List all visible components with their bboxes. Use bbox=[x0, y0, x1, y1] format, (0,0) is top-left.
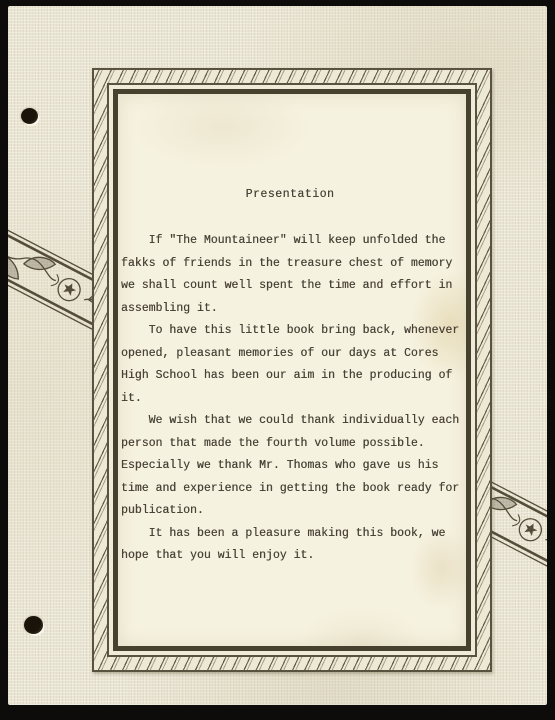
hole-punch-top bbox=[21, 108, 38, 124]
typed-line: hope that you will enjoy it. bbox=[121, 545, 459, 568]
scanned-photo-backdrop: Presentation If "The Mountaineer" will k… bbox=[0, 0, 555, 720]
typed-line: publication. bbox=[121, 500, 459, 523]
typed-body: If "The Mountaineer" will keep unfolded … bbox=[121, 230, 459, 568]
typed-line: fakks of friends in the treasure chest o… bbox=[121, 253, 459, 276]
typed-line: Especially we thank Mr. Thomas who gave … bbox=[121, 455, 459, 478]
typed-line: it. bbox=[121, 388, 459, 411]
document-title: Presentation bbox=[121, 184, 459, 206]
typed-line: We wish that we could thank individually… bbox=[121, 410, 459, 433]
typed-line: assembling it. bbox=[121, 298, 459, 321]
typed-line: High School has been our aim in the prod… bbox=[121, 365, 459, 388]
scrapbook-page: Presentation If "The Mountaineer" will k… bbox=[8, 6, 547, 705]
typed-line: If "The Mountaineer" will keep unfolded … bbox=[121, 230, 459, 253]
typed-text-block: Presentation If "The Mountaineer" will k… bbox=[121, 184, 459, 568]
typed-line: opened, pleasant memories of our days at… bbox=[121, 343, 459, 366]
hole-punch-bottom bbox=[24, 616, 43, 634]
typed-line: To have this little book bring back, whe… bbox=[121, 320, 459, 343]
typed-line: time and experience in getting the book … bbox=[121, 478, 459, 501]
typed-line: person that made the fourth volume possi… bbox=[121, 433, 459, 456]
typed-line: we shall count well spent the time and e… bbox=[121, 275, 459, 298]
typed-line: It has been a pleasure making this book,… bbox=[121, 523, 459, 546]
